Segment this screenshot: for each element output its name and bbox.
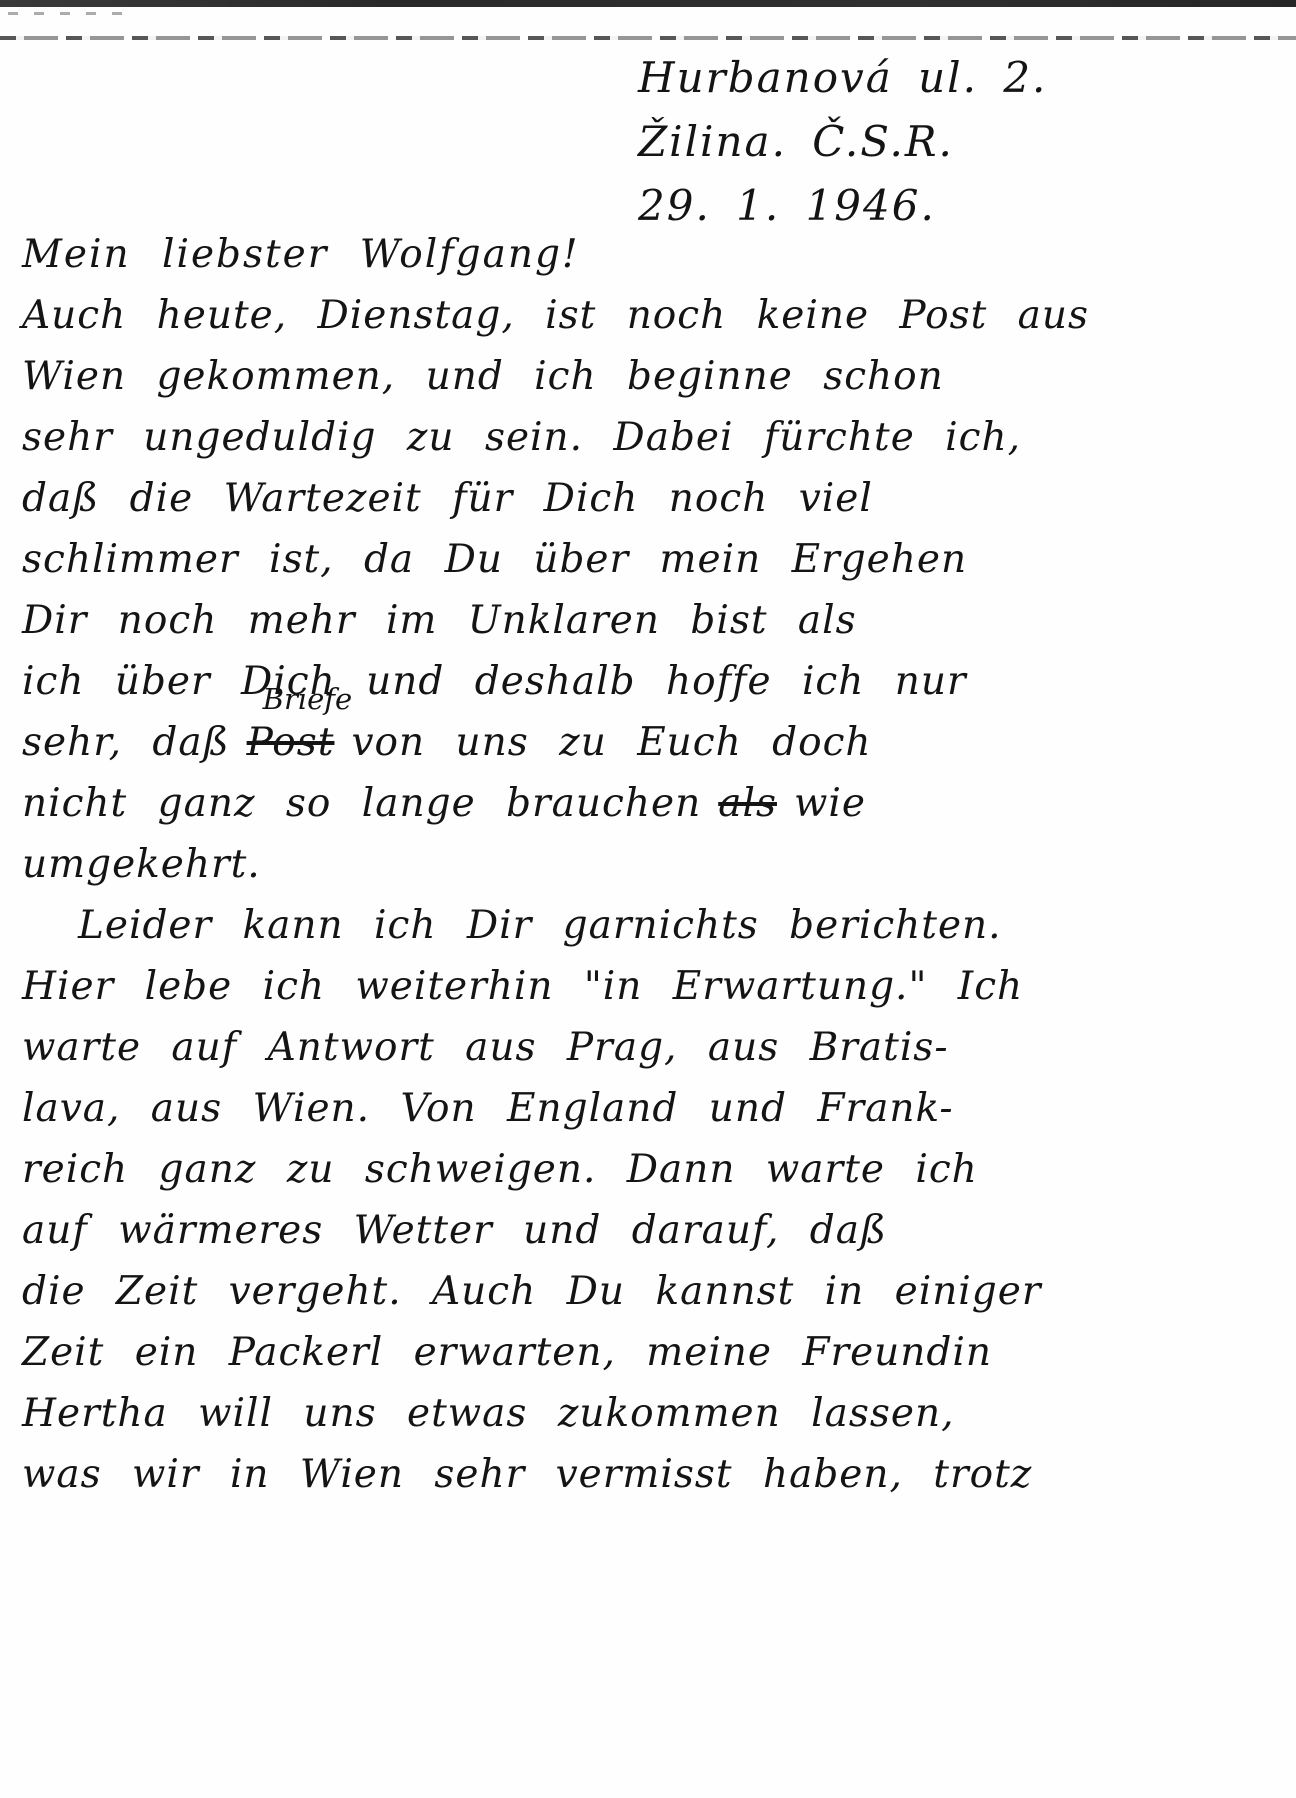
line-text-before-strike: nicht ganz so lange brauchen [22,781,701,826]
struck-word-text: als [718,781,777,826]
inserted-word-above: Briefe [263,685,353,714]
letter-line: Hier lebe ich weiterhin "in Erwartung." … [22,956,1276,1017]
line-text-before-correction: sehr, daß [22,720,230,765]
line-text-after-correction: von uns zu Euch doch [351,720,871,765]
letter-body: Mein liebster Wolfgang! Auch heute, Dien… [22,224,1276,1505]
letter-line: die Zeit vergeht. Auch Du kannst in eini… [22,1261,1276,1322]
letter-line: reich ganz zu schweigen. Dann warte ich [22,1139,1276,1200]
letter-line-with-strike: nicht ganz so lange brauchenalswie [22,773,1276,834]
letter-line: umgekehrt. [22,834,1276,895]
scanner-artifact-speckle [8,12,128,15]
letter-header: Hurbanová ul. 2. Žilina. Č.S.R. 29. 1. 1… [638,46,1047,238]
letter-line: auf wärmeres Wetter und darauf, daß [22,1200,1276,1261]
salutation-line: Mein liebster Wolfgang! [22,224,1276,285]
correction-group: BriefePost [247,712,335,773]
scanned-letter-page: Hurbanová ul. 2. Žilina. Č.S.R. 29. 1. 1… [0,0,1296,1798]
letter-line: sehr ungeduldig zu sein. Dabei fürchte i… [22,407,1276,468]
letter-line: daß die Wartezeit für Dich noch viel [22,468,1276,529]
struck-word: als [718,773,777,834]
address-city-line: Žilina. Č.S.R. [638,110,1047,174]
letter-line: Zeit ein Packerl erwarten, meine Freundi… [22,1322,1276,1383]
letter-line: was wir in Wien sehr vermisst haben, tro… [22,1444,1276,1505]
address-street-line: Hurbanová ul. 2. [638,46,1047,110]
letter-line: schlimmer ist, da Du über mein Ergehen [22,529,1276,590]
line-text-after-strike: wie [794,781,866,826]
letter-line: Auch heute, Dienstag, ist noch keine Pos… [22,285,1276,346]
letter-line-paragraph-start: Leider kann ich Dir garnichts berichten. [22,895,1276,956]
letter-line-with-insertion: sehr, daßBriefePostvon uns zu Euch doch [22,712,1276,773]
letter-line: Dir noch mehr im Unklaren bist als [22,590,1276,651]
scanner-artifact-top-bar [0,0,1296,7]
letter-line: lava, aus Wien. Von England und Frank- [22,1078,1276,1139]
letter-line: Hertha will uns etwas zukommen lassen, [22,1383,1276,1444]
letter-line: ich über Dich und deshalb hoffe ich nur [22,651,1276,712]
letter-line: warte auf Antwort aus Prag, aus Bratis- [22,1017,1276,1078]
letter-line: Wien gekommen, und ich beginne schon [22,346,1276,407]
scanner-artifact-noise-line [0,36,1296,40]
struck-word: Post [247,720,335,765]
